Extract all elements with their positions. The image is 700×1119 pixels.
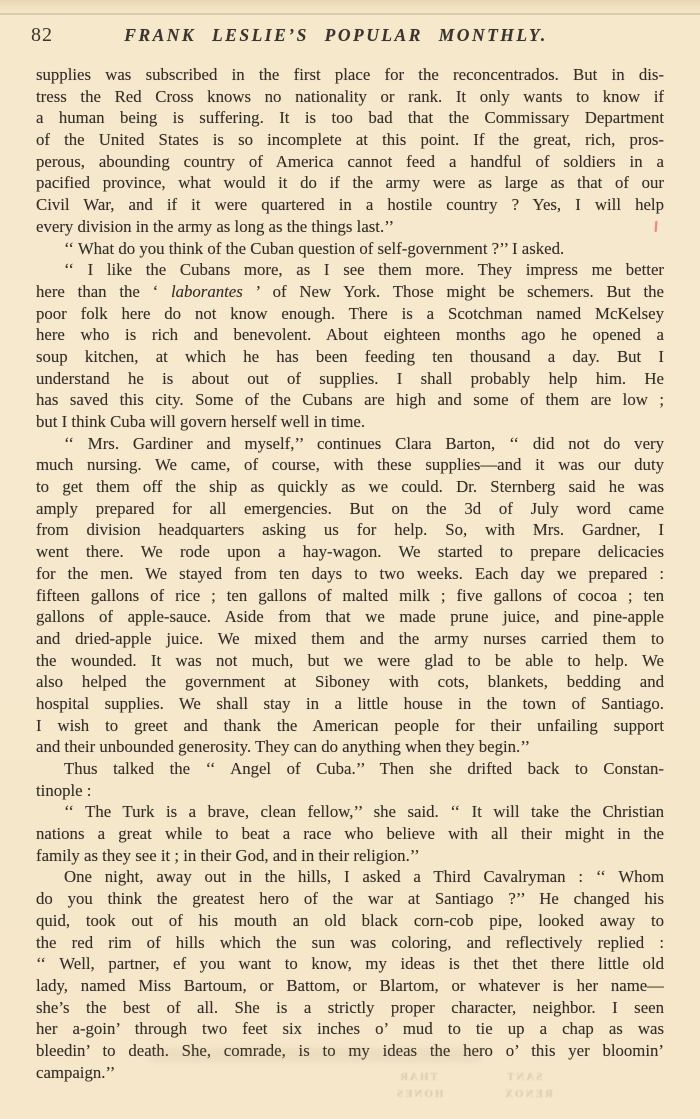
text-line: ‘‘ What do you think of the Cuban questi… (36, 238, 664, 260)
text-line: quid, took out of his mouth an old black… (36, 910, 664, 932)
showthrough-text: RENOX (503, 1088, 553, 1100)
showthrough-smudge (150, 1048, 480, 1062)
text-line: tress the Red Cross knows no nationality… (36, 86, 664, 108)
text-line: do you think the greatest hero of the wa… (36, 888, 664, 910)
journal-title: FRANK LESLIE’S POPULAR MONTHLY. (0, 25, 672, 46)
text-line: nations a great while to beat a race who… (36, 823, 664, 845)
text-line: ‘‘ I like the Cubans more, as I see them… (36, 259, 664, 281)
text-line: campaign.’’ (36, 1062, 664, 1084)
text-line: her a-goin’ through two feet six inches … (36, 1018, 664, 1040)
text-line: perous, abounding country of America can… (36, 151, 664, 173)
text-line: I wish to greet and thank the American p… (36, 715, 664, 737)
text-line: but I think Cuba will govern herself wel… (36, 411, 664, 433)
text-line: went there. We rode upon a hay-wagon. We… (36, 541, 664, 563)
showthrough-text: SANT (505, 1071, 542, 1083)
text-line: tinople : (36, 780, 664, 802)
text-line: she’s the best of all. She is a strictly… (36, 997, 664, 1019)
text-line: family as they see it ; in their God, an… (36, 845, 664, 867)
text-line: of the United States is so incomplete at… (36, 129, 664, 151)
text-line: a human being is suffering. It is too ba… (36, 107, 664, 129)
text-line: here than the ‘ laborantes ’ of New York… (36, 281, 664, 303)
text-line: Civil War, and if it were quartered in a… (36, 194, 664, 216)
text-line: for the men. We stayed from ten days to … (36, 563, 664, 585)
text-line: pacified province, what would it do if t… (36, 172, 664, 194)
page-header: 82 FRANK LESLIE’S POPULAR MONTHLY. (0, 22, 700, 50)
text-line: the wounded. It was not much, but we wer… (36, 650, 664, 672)
text-line: poor folk here do not know enough. There… (36, 303, 664, 325)
text-line: supplies was subscribed in the first pla… (36, 64, 664, 86)
showthrough-text: HONES (395, 1088, 444, 1100)
text-line: One night, away out in the hills, I aske… (36, 866, 664, 888)
text-line: soup kitchen, at which he has been feedi… (36, 346, 664, 368)
text-line: ‘‘ Mrs. Gardiner and myself,’’ continues… (36, 433, 664, 455)
text-line: much nursing. We came, of course, with t… (36, 454, 664, 476)
text-line: from division headquarters asking us for… (36, 519, 664, 541)
text-line: and dried-apple juice. We mixed them and… (36, 628, 664, 650)
text-line: gallons of apple-sauce. Aside from that … (36, 606, 664, 628)
showthrough-text: THAR (398, 1071, 438, 1083)
body-text: supplies was subscribed in the first pla… (36, 64, 664, 1083)
text-line: ‘‘ Well, partner, ef you want to know, m… (36, 953, 664, 975)
text-line: here who is rich and benevolent. About e… (36, 324, 664, 346)
text-line: Thus talked the ‘‘ Angel of Cuba.’’ Then… (36, 758, 664, 780)
text-line: ‘‘ The Turk is a brave, clean fellow,’’ … (36, 801, 664, 823)
text-line: to get them off the ship as quickly as w… (36, 476, 664, 498)
text-line: every division in the army as long as th… (36, 216, 664, 238)
text-line: fifteen gallons of rice ; ten gallons of… (36, 585, 664, 607)
text-line: amply prepared for all emergencies. But … (36, 498, 664, 520)
text-line: understand he is about out of supplies. … (36, 368, 664, 390)
text-line: also helped the government at Siboney wi… (36, 671, 664, 693)
text-line: the red rim of hills which the sun was c… (36, 932, 664, 954)
text-line: hospital supplies. We shall stay in a li… (36, 693, 664, 715)
text-line: and their unbounded generosity. They can… (36, 736, 664, 758)
magazine-page: 82 FRANK LESLIE’S POPULAR MONTHLY. suppl… (0, 0, 700, 1119)
text-line: lady, named Miss Bartoum, or Battom, or … (36, 975, 664, 997)
text-line: has saved this city. Some of the Cubans … (36, 389, 664, 411)
